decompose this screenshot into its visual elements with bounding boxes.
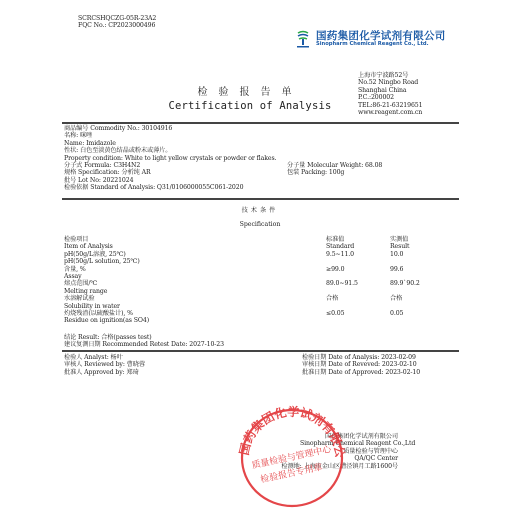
sinopharm-logo-icon — [296, 30, 310, 48]
address-line: 上海市宁波路52号 — [358, 72, 422, 79]
formula: 分子式 Formula: C3H4N2 — [64, 162, 140, 169]
spec-title-en: Specification — [60, 221, 460, 228]
fqc-number: FQC No.: CP2023000496 — [78, 22, 156, 29]
table-row-en: Assay — [64, 273, 464, 280]
address-line: TEL:86-21-63219651 — [358, 102, 422, 109]
table-row-en: Melting range — [64, 288, 464, 295]
table-header-en: Item of Analysis Standard Result — [64, 243, 464, 250]
footer-company-block: 国药集团化学试剂有限公司 Sinopharm Chemical Reagent … — [300, 433, 398, 470]
divider — [62, 350, 459, 352]
address-line: Shanghai China — [358, 87, 422, 94]
item-en: Melting range — [64, 288, 107, 295]
table-row: 含量, % ≥99.0 99.6 — [64, 266, 464, 273]
table-row: pH(50g/L溶液, 25℃) 9.5~11.0 10.0 — [64, 251, 464, 258]
company-logo: 国药集团化学试剂有限公司 Sinopharm Chemical Reagent … — [296, 28, 446, 53]
header-item-cn: 检验项目 — [64, 236, 88, 243]
table-row-en: pH(50g/L solution, 25℃) — [64, 258, 464, 265]
standard-value: 9.5~11.0 — [326, 251, 354, 258]
title-en: Certification of Analysis — [150, 100, 350, 112]
item-cn: 熔点范围/℃ — [64, 280, 97, 287]
item-cn: pH(50g/L溶液, 25℃) — [64, 251, 126, 258]
table-row-en: Solubility in water — [64, 303, 464, 310]
item-en: Residue on ignition(as SO4) — [64, 317, 149, 324]
signatories: 检验人 Analyst: 杨叶 审核人 Reviewed by: 曹晓蓉 批准人… — [64, 354, 145, 376]
footer-line: QA/QC Center — [300, 455, 398, 462]
divider — [62, 122, 459, 124]
item-en: Solubility in water — [64, 303, 120, 310]
footer-line: Sinopharm Chemical Reagent Co.,Ltd — [300, 440, 398, 447]
divider — [62, 198, 459, 200]
header-standard-en: Standard — [326, 243, 354, 250]
spec-table: 检验项目 标准值 实测值 Item of Analysis Standard R… — [64, 236, 464, 325]
commodity-number: 商品编号 Commodity No.: 30104916 — [64, 125, 276, 132]
company-address: 上海市宁波路52号 No.52 Ningbo Road Shanghai Chi… — [358, 72, 422, 116]
item-cn: 水溶解试验 — [64, 295, 94, 302]
product-name-cn: 名称: 咪唑 — [64, 132, 276, 139]
title-cn: 检验报告单 — [150, 83, 350, 98]
table-row: 灼烧残渣(以硫酸盐计), % ≤0.05 0.05 — [64, 310, 464, 317]
item-cn: 含量, % — [64, 266, 86, 273]
result-value: 99.6 — [390, 266, 403, 273]
retest-date: 建议复测日期 Recommended Retest Date: 2027-10-… — [64, 341, 224, 348]
specification-grade: 规格 Specification: 分析纯 AR — [64, 169, 151, 176]
doc-code: SCRCSHQCZG-05R-23A2 — [78, 15, 156, 22]
result-value: 0.05 — [390, 310, 403, 317]
header-result-cn: 实测值 — [390, 236, 408, 243]
company-name-en: Sinopharm Chemical Reagent Co., Ltd. — [316, 41, 429, 47]
standard-value: ≥99.0 — [326, 266, 344, 273]
signature-dates: 检验日期 Date of Analysis: 2023-02-09 审核日期 D… — [302, 354, 420, 376]
item-en: Assay — [64, 273, 82, 280]
approval-date: 批准日期 Date of Approved: 2023-02-10 — [302, 369, 420, 376]
property-en: Property condition: White to light yello… — [64, 155, 276, 162]
result-value: 10.0 — [390, 251, 403, 258]
item-cn: 灼烧残渣(以硫酸盐计), % — [64, 310, 133, 317]
document-code-block: SCRCSHQCZG-05R-23A2 FQC No.: CP202300049… — [78, 15, 156, 30]
product-info: 商品编号 Commodity No.: 30104916 名称: 咪唑 Name… — [64, 125, 276, 192]
address-line: No.52 Ningbo Road — [358, 79, 422, 86]
result-value: 89.9`90.2 — [390, 280, 420, 287]
footer-line: 检测地: 上海市金山区漕泾镇月工路1600号 — [240, 463, 398, 470]
footer-line: 质量检验与管理中心 — [300, 448, 398, 455]
spec-title-cn: 技术条件 — [60, 205, 460, 214]
address-website: www.reagent.com.cn — [358, 109, 422, 116]
reviewer: 审核人 Reviewed by: 曹晓蓉 — [64, 361, 145, 368]
property-cn: 性状: 白色至淡黄色结晶或粉末或薄片。 — [64, 147, 276, 154]
table-header-cn: 检验项目 标准值 实测值 — [64, 236, 464, 243]
result-value: 合格 — [390, 295, 402, 302]
header-result-en: Result — [390, 243, 409, 250]
approver: 批准人 Approved by: 郑琦 — [64, 369, 145, 376]
conclusion: 结论 Result: 合格(passes test) 建议复测日期 Recomm… — [64, 334, 224, 349]
review-date: 审核日期 Date of Reveved: 2023-02-10 — [302, 361, 420, 368]
standard-value: 合格 — [326, 295, 338, 302]
specification-row: 规格 Specification: 分析纯 AR 包装 Packing: 100… — [64, 169, 276, 176]
header-item-en: Item of Analysis — [64, 243, 113, 250]
standard-value: 89.0~91.5 — [326, 280, 358, 287]
footer-line: 国药集团化学试剂有限公司 — [300, 433, 398, 440]
table-row: 熔点范围/℃ 89.0~91.5 89.9`90.2 — [64, 280, 464, 287]
header-standard-cn: 标准值 — [326, 236, 344, 243]
table-row-en: Residue on ignition(as SO4) — [64, 317, 464, 324]
packing: 包装 Packing: 100g — [287, 169, 344, 176]
address-line: P.C.:200002 — [358, 94, 422, 101]
table-row: 水溶解试验 合格 合格 — [64, 295, 464, 302]
standard-value: ≤0.05 — [326, 310, 344, 317]
item-en: pH(50g/L solution, 25℃) — [64, 258, 140, 265]
analysis-standard: 检验依据 Standard of Analysis: Q31/010600005… — [64, 184, 276, 191]
